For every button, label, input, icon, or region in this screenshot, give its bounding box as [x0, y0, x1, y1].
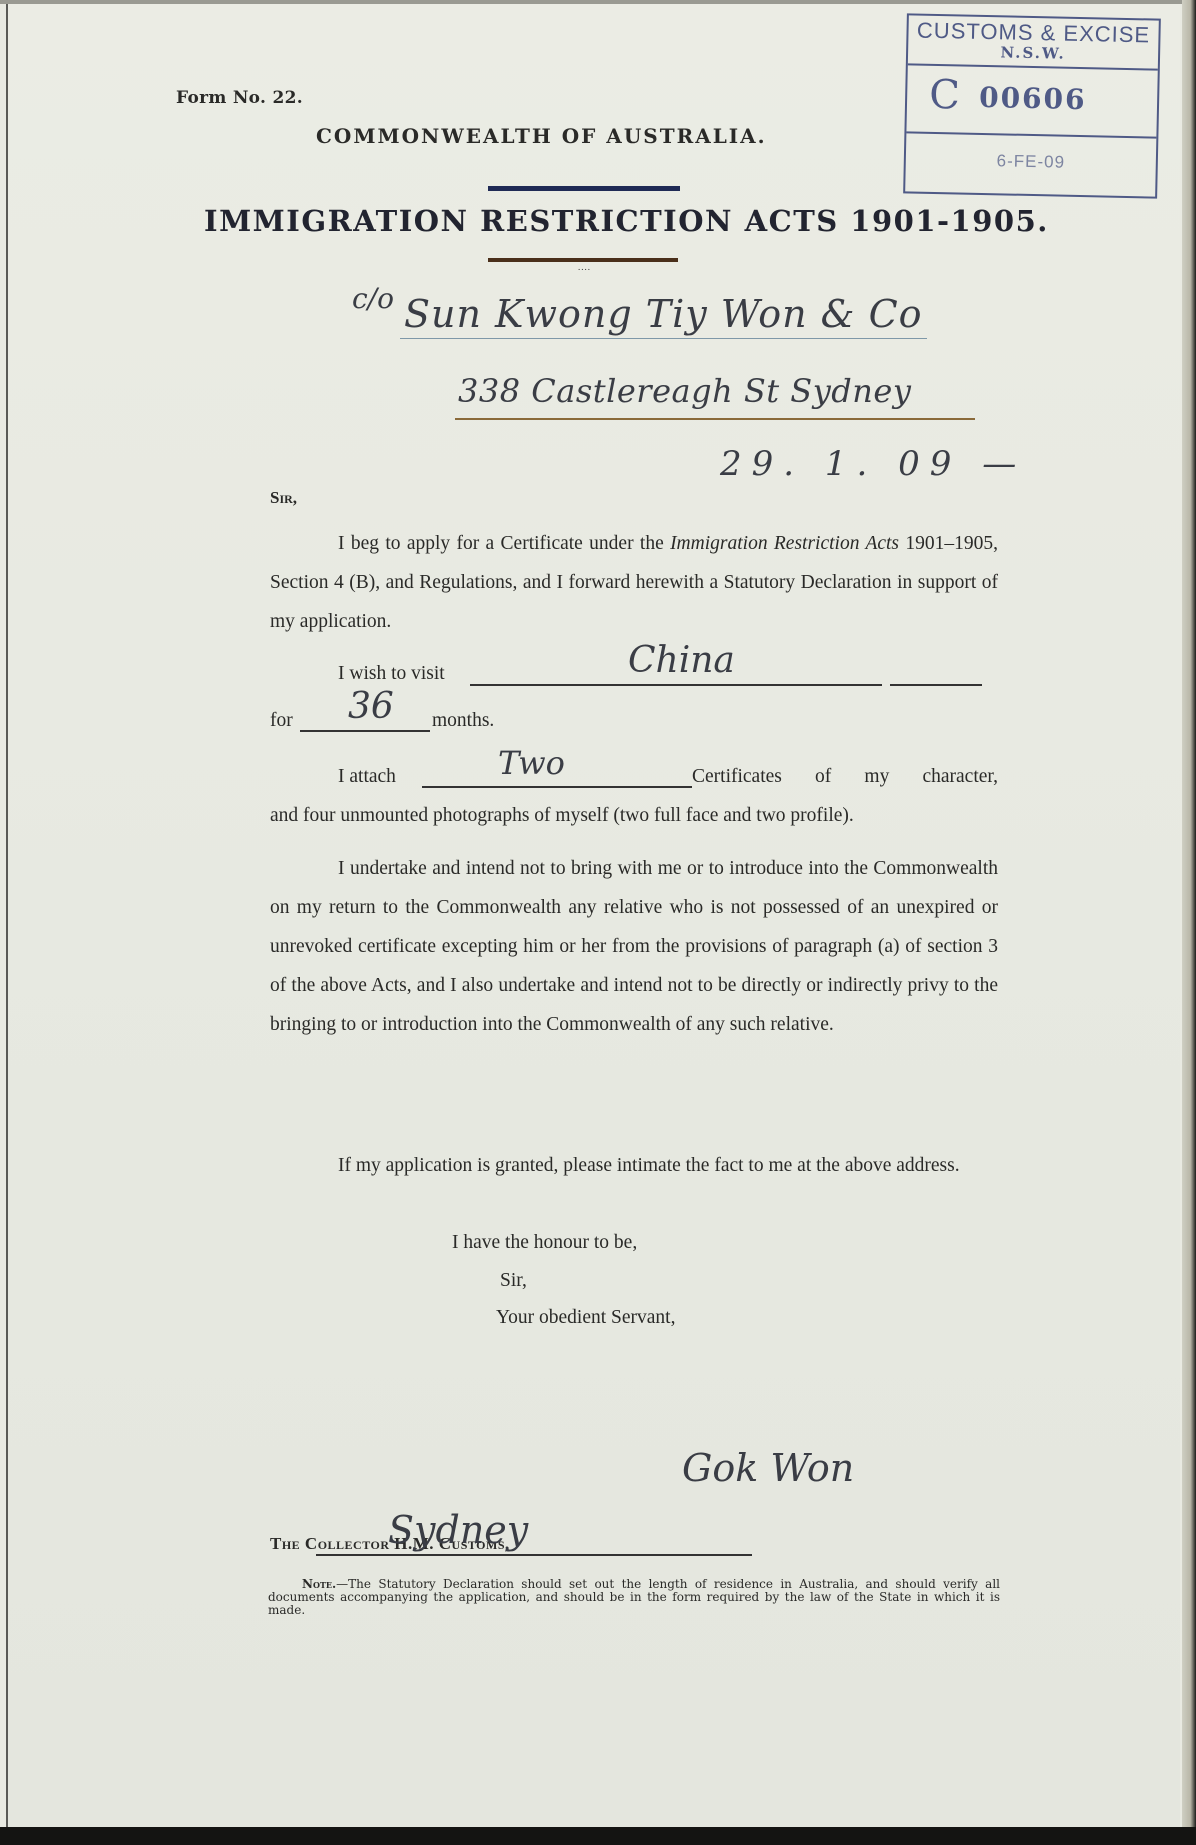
document-title: IMMIGRATION RESTRICTION ACTS 1901-1905.	[204, 204, 1049, 238]
handwritten-date: 29. 1. 09 —	[720, 444, 1026, 484]
paragraph-intimation: If my application is granted, please int…	[270, 1146, 998, 1185]
stamp-letter: C	[929, 72, 961, 119]
paragraph1-text-a: I beg to apply for a Certificate under t…	[338, 533, 670, 554]
paragraph-undertaking: I undertake and intend not to bring with…	[270, 849, 998, 1044]
closing-honour: I have the honour to be,	[452, 1232, 637, 1254]
attach-label: I attach	[338, 766, 396, 788]
stamp-number-row: C 00606	[906, 65, 1157, 138]
destination-field-line	[470, 684, 882, 686]
acts-name-italic: Immigration Restriction Acts	[670, 533, 899, 554]
note-text: —The Statutory Declaration should set ou…	[268, 1577, 1000, 1617]
visit-label: I wish to visit	[338, 663, 445, 685]
certificates-field-line	[422, 786, 692, 788]
for-label: for	[270, 710, 293, 732]
rule-dots: ....	[578, 262, 591, 272]
certificates-count-field[interactable]: Two	[498, 744, 565, 782]
applicant-signature: Gok Won	[682, 1446, 854, 1490]
collector-city: Sydney	[388, 1508, 528, 1552]
destination-field-line-extra	[890, 684, 982, 686]
address-underline	[455, 418, 975, 420]
page-bottom-edge	[0, 1827, 1196, 1845]
stamp-header: CUSTOMS & EXCISE N.S.W.	[908, 15, 1159, 70]
handwritten-name: Sun Kwong Tiy Won & Co	[400, 292, 927, 339]
stamp-date: 6-FE-09	[906, 133, 1157, 174]
form-number: Form No. 22.	[176, 88, 303, 108]
care-of-mark: c/o	[352, 282, 394, 315]
page-top-edge	[0, 0, 1196, 4]
collector-city-line	[316, 1554, 752, 1556]
salutation: Sir,	[270, 488, 297, 508]
closing-sir: Sir,	[500, 1270, 527, 1292]
months-field[interactable]: 36	[348, 686, 394, 727]
paragraph-application: I beg to apply for a Certificate under t…	[270, 524, 998, 641]
months-field-line	[300, 730, 430, 732]
months-label: months.	[432, 710, 494, 732]
photographs-line: and four unmounted photographs of myself…	[270, 805, 854, 827]
footnote: Note.—The Statutory Declaration should s…	[268, 1578, 1000, 1617]
stamp-number: 00606	[979, 81, 1087, 116]
customs-stamp: CUSTOMS & EXCISE N.S.W. C 00606 6-FE-09	[903, 13, 1161, 198]
page-right-edge	[1182, 0, 1196, 1845]
closing-servant: Your obedient Servant,	[496, 1307, 675, 1329]
destination-field[interactable]: China	[628, 640, 735, 681]
document-header: COMMONWEALTH OF AUSTRALIA.	[316, 124, 767, 148]
title-rule-top	[488, 186, 680, 191]
handwritten-address: 338 Castlereagh St Sydney	[458, 372, 911, 410]
certificates-label: Certificates of my character,	[692, 766, 998, 788]
note-label: Note.	[302, 1577, 336, 1591]
